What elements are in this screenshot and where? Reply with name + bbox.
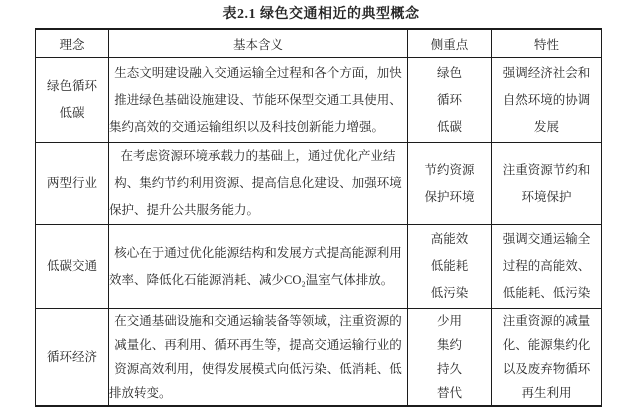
header-feature: 特性 <box>492 29 602 58</box>
table-title: 表2.1 绿色交通相近的典型概念 <box>0 0 642 28</box>
header-row: 理念 基本含义 侧重点 特性 <box>36 29 602 58</box>
table-row: 低碳交通 核心在于通过优化能源结构和发展方式提高能源利用效率、降低化石能源消耗、… <box>36 225 602 309</box>
focus-cell: 高能效 低能耗 低污染 <box>408 225 492 309</box>
concept-cell: 两型行业 <box>36 143 109 225</box>
concept-cell: 绿色循环 低碳 <box>36 58 109 143</box>
feature-cell: 强调经济社会和 自然环境的协调 发展 <box>492 58 602 143</box>
meaning-cell: 在交通基础设施和交通运输装备等领域，注重资源的减量化、再利用、循环再生等，提高交… <box>109 309 408 407</box>
focus-cell: 绿色 循环 低碳 <box>408 58 492 143</box>
header-focus: 侧重点 <box>408 29 492 58</box>
concept-cell: 循环经济 <box>36 309 109 407</box>
focus-cell: 少用 集约 持久 替代 <box>408 309 492 407</box>
header-meaning: 基本含义 <box>109 29 408 58</box>
feature-cell: 强调交通运输全 过程的高能效、 低能耗、低污染 <box>492 225 602 309</box>
meaning-cell: 在考虑资源环境承载力的基础上，通过优化产业结构、集约节约利用资源、提高信息化建设… <box>109 143 408 225</box>
header-concept: 理念 <box>36 29 109 58</box>
table-row: 两型行业 在考虑资源环境承载力的基础上，通过优化产业结构、集约节约利用资源、提高… <box>36 143 602 225</box>
table-row: 绿色循环 低碳 生态文明建设融入交通运输全过程和各个方面，加快推进绿色基础设施建… <box>36 58 602 143</box>
feature-cell: 注重资源的减量 化、能源集约化 以及废弃物循环 再生利用 <box>492 309 602 407</box>
meaning-cell: 核心在于通过优化能源结构和发展方式提高能源利用效率、降低化石能源消耗、减少CO₂… <box>109 225 408 309</box>
meaning-cell: 生态文明建设融入交通运输全过程和各个方面，加快推进绿色基础设施建设、节能环保型交… <box>109 58 408 143</box>
concept-cell: 低碳交通 <box>36 225 109 309</box>
feature-cell: 注重资源节约和 环境保护 <box>492 143 602 225</box>
table-row: 循环经济 在交通基础设施和交通运输装备等领域，注重资源的减量化、再利用、循环再生… <box>36 309 602 407</box>
focus-cell: 节约资源 保护环境 <box>408 143 492 225</box>
concepts-table: 理念 基本含义 侧重点 特性 绿色循环 低碳 生态文明建设融入交通运输全过程和各… <box>35 28 602 407</box>
